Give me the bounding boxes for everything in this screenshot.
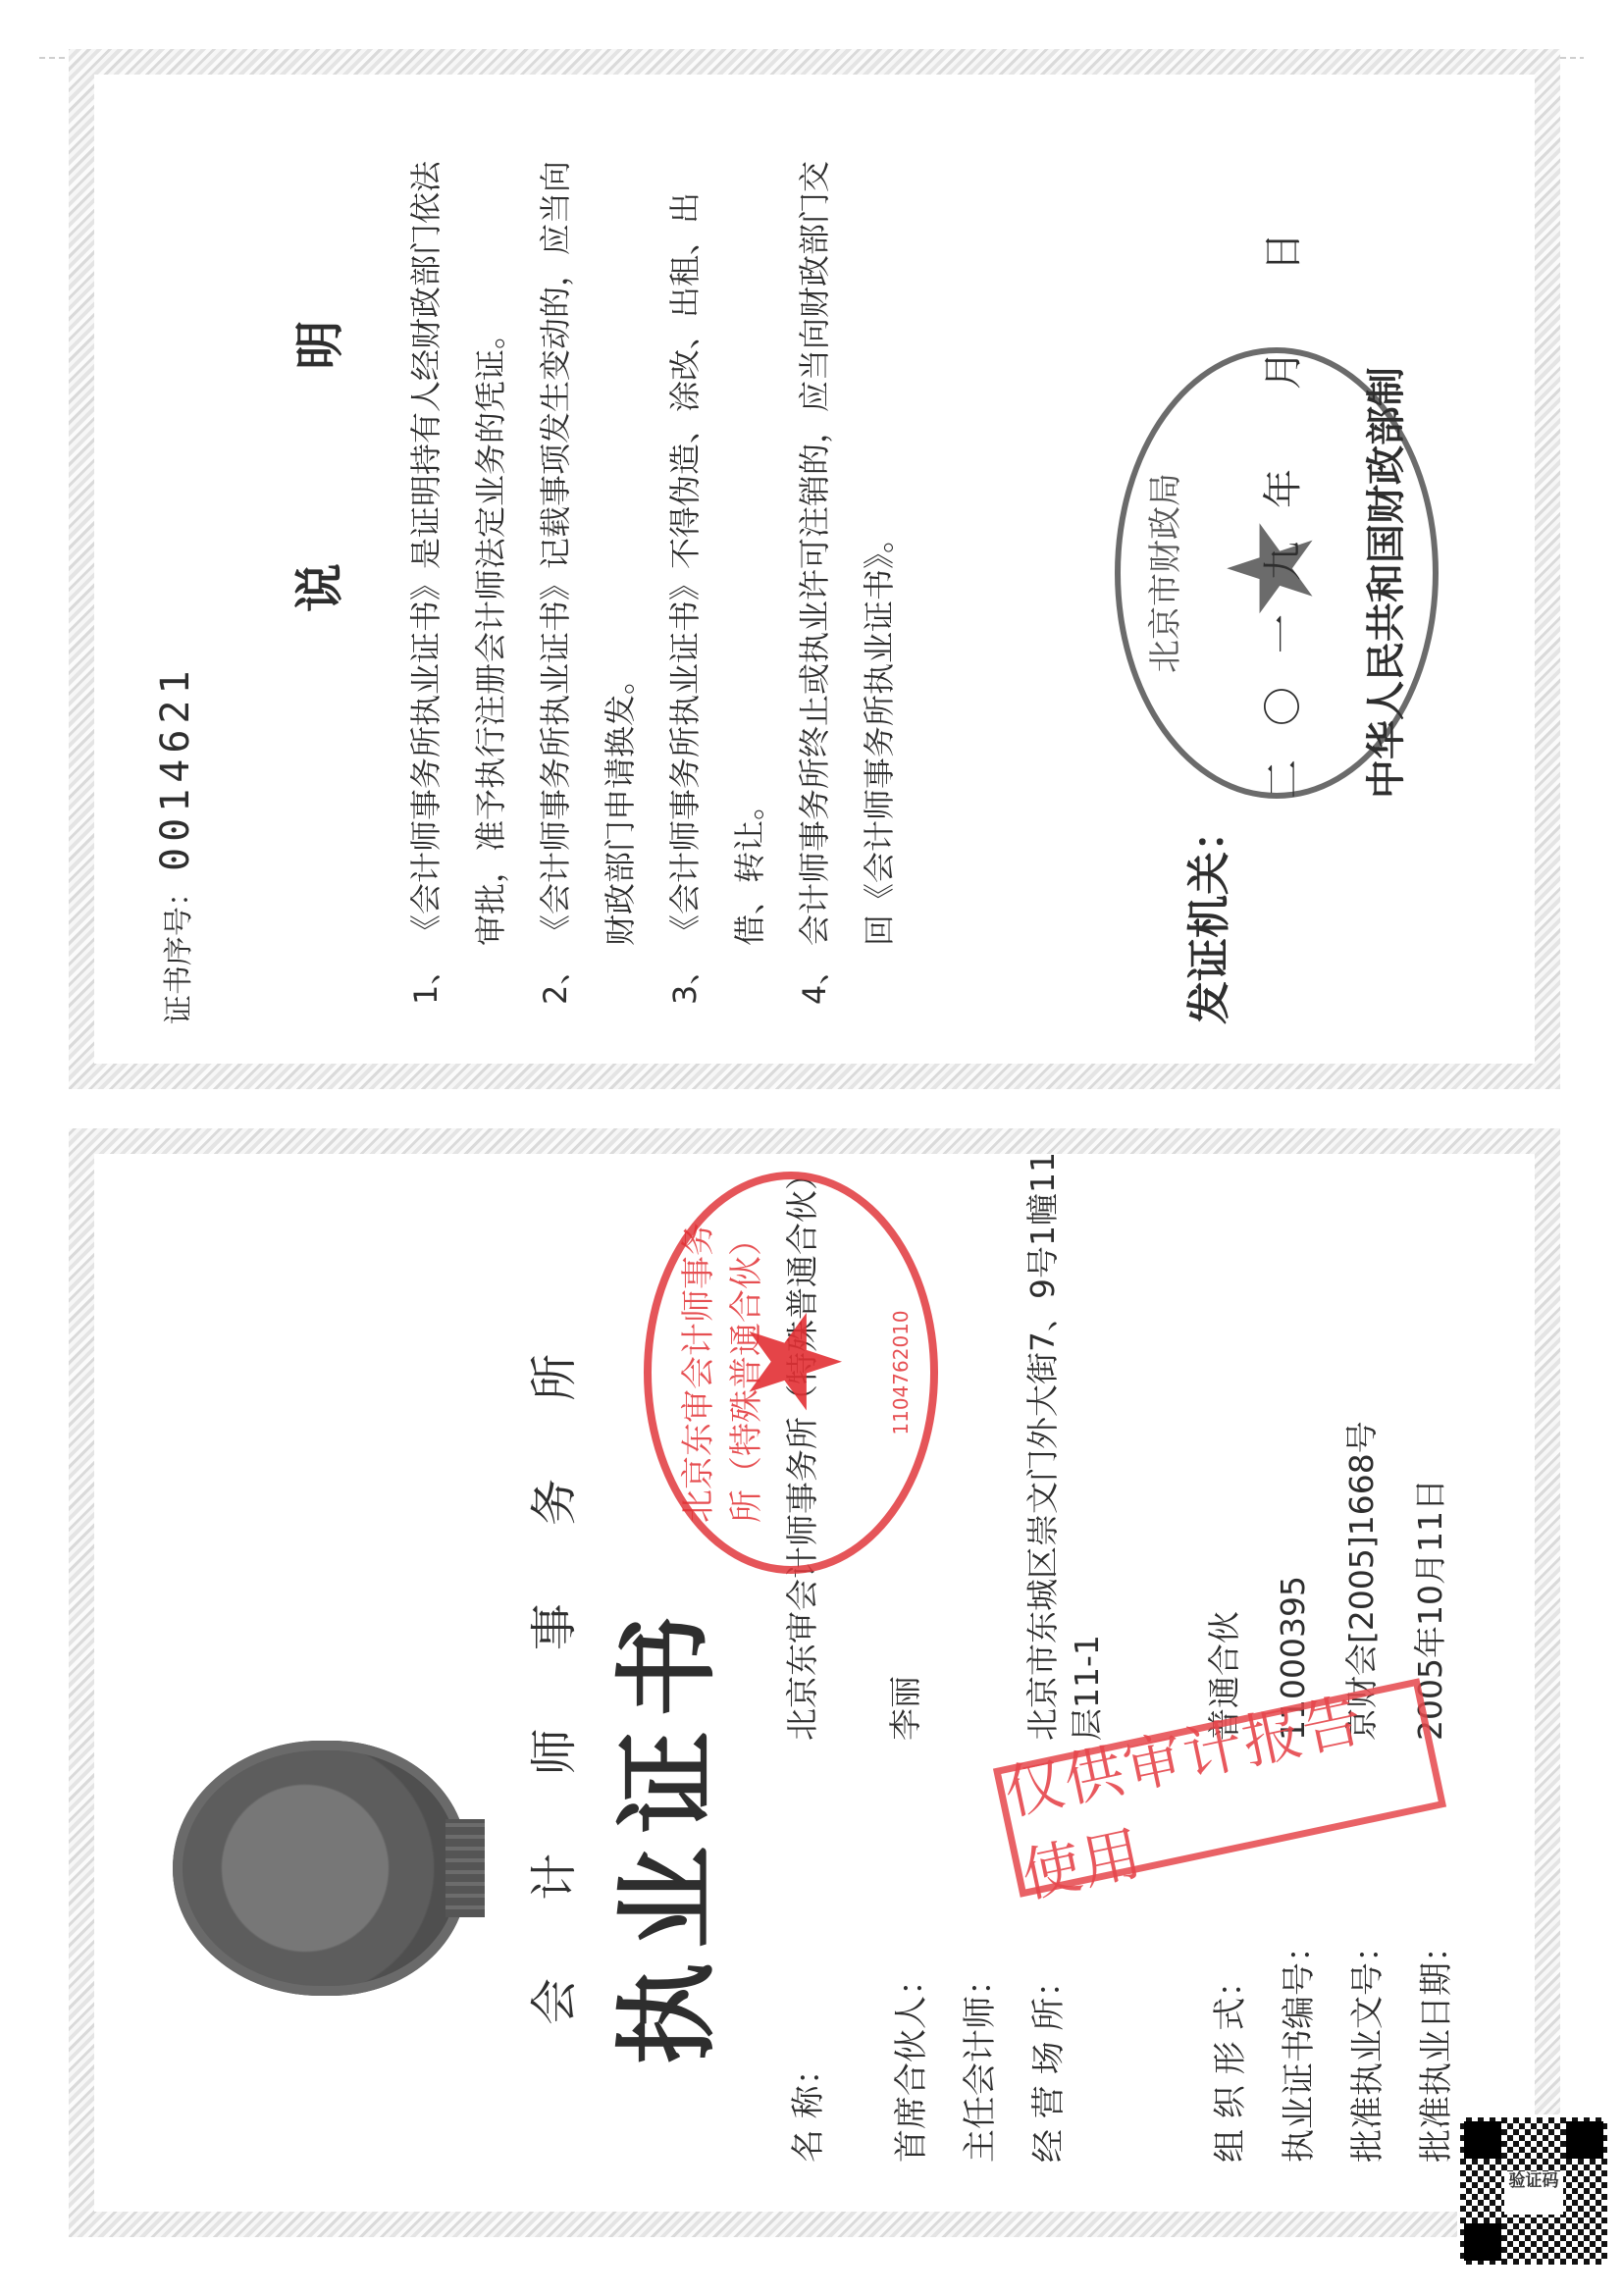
instruction-text: 《会计师事务所执业证书》记载事项发生变动的，应当向财政部门申请换发。 [523,141,653,946]
instructions-title: 说 明 [281,233,351,612]
instructions-list: 1、 《会计师事务所执业证书》是证明持有人经财政部门依法审批，准予执行注册会计师… [393,141,912,1005]
instruction-item: 3、 《会计师事务所执业证书》不得伪造、涂改、出租、出借、转让。 [653,141,782,1005]
instruction-item: 4、 会计师事务所终止或执业许可注销的，应当向财政部门交回《会计师事务所执业证书… [782,141,912,1005]
field-certificate-number: 执业证书编号： 11000395 [1272,1576,1320,2163]
instruction-number: 1、 [393,946,523,1005]
instruction-number: 3、 [653,946,782,1005]
certificate-face-panel: 会 计 师 事 务 所 执业证书 名 称： 北京东审会计师事务所（特殊普通合伙）… [69,1128,1560,2237]
issuer-seal-text: 北京市财政局 [1138,412,1186,734]
field-organization-form: 组 织 形 式： 普通合伙 [1203,1611,1251,2163]
instruction-text: 《会计师事务所执业证书》是证明持有人经财政部门依法审批，准予执行注册会计师法定业… [393,141,523,946]
field-chief-accountant: 主任会计师： [953,1741,1001,2163]
star-icon: ★ [730,1304,858,1419]
serial-number: 0014621 [153,664,198,871]
field-value: 北京市东城区崇文门外大街7、9号1幢11层11-1 [1021,1152,1109,1741]
instruction-text: 《会计师事务所执业证书》不得伪造、涂改、出租、出借、转让。 [653,141,782,946]
national-emblem-icon [173,1741,467,1996]
instruction-item: 2、 《会计师事务所执业证书》记载事项发生变动的，应当向财政部门申请换发。 [523,141,653,1005]
instruction-number: 2、 [523,946,653,1005]
field-label: 首席合伙人： [884,1741,932,2163]
firm-seal: 北京东审会计师事务所（特殊普通合伙） ★ 1104762010 [644,1172,938,1574]
issue-date: 二〇一九年 月 日 [1252,199,1308,799]
field-business-address: 经 营 场 所： 北京市东城区崇文门外大街7、9号1幢11层11-1 [1021,1152,1109,2163]
field-label: 主任会计师： [953,1741,1001,2163]
certificate-serial: 证书序号：0014621 [153,664,198,1024]
field-label: 名 称： [781,1741,829,2163]
firm-seal-number: 1104762010 [889,1179,913,1566]
instruction-number: 4、 [782,946,912,1005]
issuer-label: 发证机关： [1174,809,1236,1024]
field-value: 李丽 [884,1676,932,1741]
qr-code-label: 验证码 [1504,2171,1563,2215]
instruction-text: 会计师事务所终止或执业许可注销的，应当向财政部门交回《会计师事务所执业证书》。 [782,141,912,946]
qr-code[interactable]: 验证码 [1457,2114,1610,2268]
issuer-maker: 中华人民共和国财政部制 [1355,367,1411,799]
instructions-panel: 证书序号：0014621 说 明 1、 《会计师事务所执业证书》是证明持有人经财… [69,49,1560,1089]
serial-label: 证书序号： [162,877,196,1024]
field-chief-partner: 首席合伙人： 李丽 [884,1676,932,2163]
certificate-subtitle: 会 计 师 事 务 所 [516,1323,584,2025]
instruction-item: 1、 《会计师事务所执业证书》是证明持有人经财政部门依法审批，准予执行注册会计师… [393,141,523,1005]
certificate-scan: 会 计 师 事 务 所 执业证书 名 称： 北京东审会计师事务所（特殊普通合伙）… [0,0,1623,2296]
certificate-title: 执业证书 [585,1601,732,2064]
